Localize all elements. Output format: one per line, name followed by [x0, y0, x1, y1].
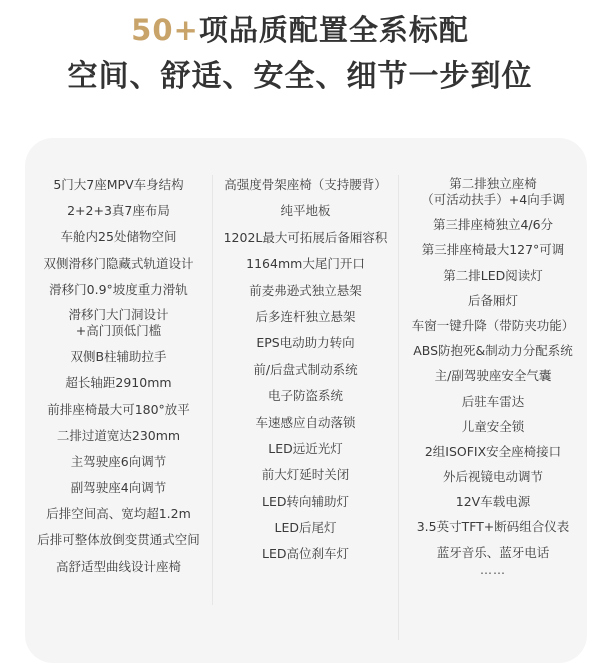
feature-item: 前大灯延时关闭 — [262, 466, 350, 483]
feature-item: 高舒适型曲线设计座椅 — [56, 558, 181, 575]
feature-item: 前/后盘式制动系统 — [253, 361, 357, 378]
feature-item: 第二排LED阅读灯 — [443, 267, 543, 284]
page-title: 50+项品质配置全系标配 — [0, 10, 600, 50]
feature-item: ABS防抱死&制动力分配系统 — [413, 342, 573, 359]
feature-column-2: 高强度骨架座椅（支持腰背） 纯平地板 1202L最大可拓展后备厢容积 1164m… — [213, 176, 398, 572]
feature-item: 双侧滑移门隐藏式轨道设计 — [43, 255, 193, 272]
feature-item: 车舱内25处储物空间 — [61, 228, 177, 245]
feature-item: 外后视镜电动调节 — [443, 468, 543, 485]
feature-item: 纯平地板 — [280, 202, 330, 219]
feature-item: 超长轴距2910mm — [65, 374, 171, 391]
feature-item: 滑移门0.9°坡度重力滑轨 — [49, 281, 188, 298]
feature-item: 后排空间高、宽均超1.2m — [46, 505, 191, 522]
feature-item: 12V车载电源 — [456, 493, 530, 510]
feature-item: 1202L最大可拓展后备厢容积 — [224, 229, 388, 246]
feature-item: 前排座椅最大可180°放平 — [47, 401, 190, 418]
title-text: 项品质配置全系标配 — [199, 13, 469, 47]
page-subtitle: 空间、舒适、安全、细节一步到位 — [0, 56, 600, 98]
feature-item: 主驾驶座6向调节 — [71, 453, 166, 470]
feature-item: 蓝牙音乐、蓝牙电话 — [437, 544, 550, 561]
feature-item: 后排可整体放倒变贯通式空间 — [37, 531, 200, 548]
feature-item: LED高位刹车灯 — [262, 545, 349, 562]
feature-item: 3.5英寸TFT+断码组合仪表 — [417, 518, 570, 535]
feature-item: 后备厢灯 — [468, 292, 518, 309]
title-accent-count: 50+ — [131, 13, 199, 47]
feature-card: 5门大7座MPV车身结构 2+2+3真7座布局 车舱内25处储物空间 双侧滑移门… — [25, 138, 587, 663]
feature-column-3: 第二排独立座椅 （可活动扶手）+4向手调 第三排座椅独立4/6分 第三排座椅最大… — [399, 176, 587, 575]
feature-item: 车速感应自动落锁 — [255, 414, 355, 431]
feature-item: 2+2+3真7座布局 — [67, 202, 170, 219]
feature-item: 第二排独立座椅 （可活动扶手）+4向手调 — [421, 176, 564, 208]
feature-item: 后驻车雷达 — [462, 393, 525, 410]
feature-item: 前麦弗逊式独立悬架 — [249, 282, 362, 299]
feature-item: 滑移门大门洞设计 +高门顶低门槛 — [68, 307, 168, 339]
feature-item: 2组ISOFIX安全座椅接口 — [425, 443, 561, 460]
feature-item: 双侧B柱辅助拉手 — [70, 348, 166, 365]
feature-item: 电子防盗系统 — [268, 387, 343, 404]
feature-column-1: 5门大7座MPV车身结构 2+2+3真7座布局 车舱内25处储物空间 双侧滑移门… — [25, 176, 212, 584]
feature-item: LED转向辅助灯 — [262, 493, 349, 510]
feature-item: LED后尾灯 — [275, 519, 337, 536]
more-ellipsis: …… — [480, 565, 506, 575]
feature-item: 第三排座椅独立4/6分 — [433, 216, 553, 233]
feature-item: 儿童安全锁 — [462, 418, 525, 435]
feature-item: 第三排座椅最大127°可调 — [422, 241, 565, 258]
feature-item: 二排过道宽达230mm — [57, 427, 180, 444]
feature-item: 主/副驾驶座安全气囊 — [435, 367, 552, 384]
feature-item: 1164mm大尾门开口 — [246, 255, 365, 272]
feature-item: 高强度骨架座椅（支持腰背） — [224, 176, 387, 193]
feature-item: LED远近光灯 — [268, 440, 343, 457]
feature-item: EPS电动助力转向 — [256, 334, 354, 351]
feature-item: 5门大7座MPV车身结构 — [53, 176, 183, 193]
feature-item: 副驾驶座4向调节 — [71, 479, 166, 496]
feature-item: 后多连杆独立悬架 — [255, 308, 355, 325]
feature-item: 车窗一键升降（带防夹功能） — [412, 317, 575, 334]
